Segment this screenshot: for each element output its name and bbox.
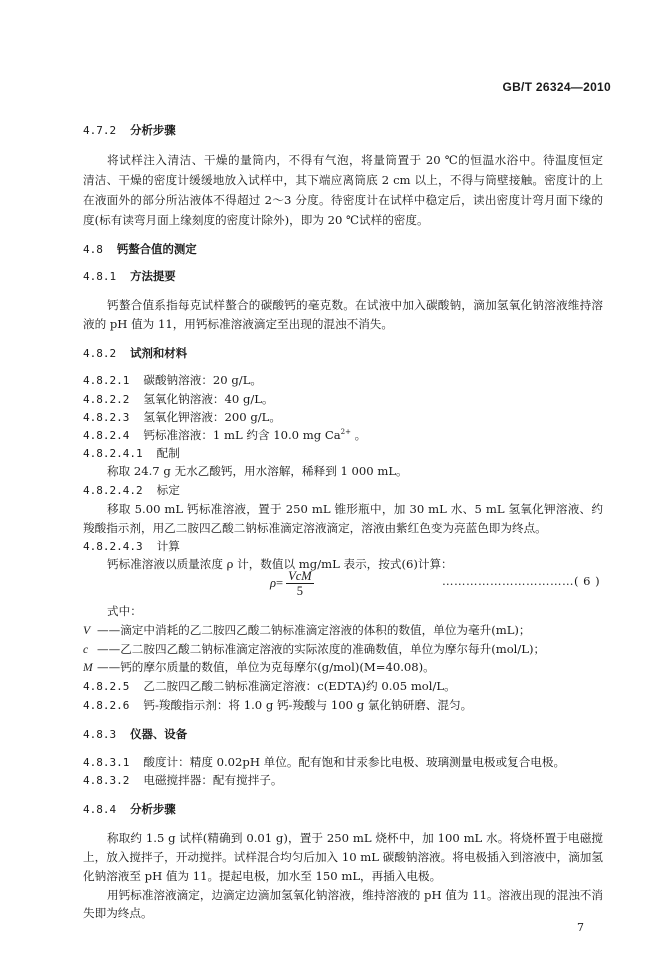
paragraph-line: 羧酸指示剂，用乙二胺四乙酸二钠标准滴定溶液滴定，溶液由紫红色变为亮蓝色即为终点。 xyxy=(83,520,603,536)
list-item: 4.8.2.5乙二胺四乙酸二钠标准滴定溶液：c(EDTA)约 0.05 mol/… xyxy=(83,678,603,695)
subheading-4-8-2-4-2: 4.8.2.4.2标定 xyxy=(83,482,603,499)
variable-definition: V——滴定中消耗的乙二胺四乙酸二钠标准滴定溶液的体积的数值，单位为毫升(mL)； xyxy=(83,622,603,639)
list-item: 4.8.2.6钙-羧酸指示剂：将 1.0 g 钙-羧酸与 100 g 氯化钠研磨… xyxy=(83,697,603,714)
paragraph-line: 钙标准溶液以质量浓度 ρ 计，数值以 mg/mL 表示，按式(6)计算： xyxy=(107,556,603,572)
variable-definition: M——钙的摩尔质量的数值，单位为克每摩尔(g/mol)(M=40.08)。 xyxy=(83,659,603,676)
subheading-4-8-2-4-1: 4.8.2.4.1配制 xyxy=(83,445,603,462)
list-item: 4.8.2.3氢氧化钾溶液：200 g/L。 xyxy=(83,409,603,426)
fraction: VcM 5 xyxy=(286,569,314,598)
paragraph-line: 移取 5.00 mL 钙标准溶液，置于 250 mL 锥形瓶中，加 30 mL … xyxy=(107,501,603,517)
paragraph-line: 在液面外的部分所沾液体不得超过 2～3 分度。待密度计在试样中稳定后，读出密度计… xyxy=(83,192,603,208)
paragraph-line: 用钙标准溶液滴定，边滴定边滴加氢氧化钠溶液，维持溶液的 pH 值为 11。溶液出… xyxy=(107,887,603,903)
standard-code-header: GB/T 26324—2010 xyxy=(502,80,611,94)
list-item: 4.8.2.4钙标准溶液：1 mL 约含 10.0 mg Ca2+ 。 xyxy=(83,427,603,444)
heading-4-8-3: 4.8.3仪器、设备 xyxy=(83,726,603,743)
document-page: GB/T 26324—2010 4.7.2分析步骤 将试样注入清洁、干燥的量筒内… xyxy=(0,0,669,977)
paragraph-line: 液的 pH 值为 11，用钙标准溶液滴定至出现的混浊不消失。 xyxy=(83,316,603,332)
paragraph-line: 将试样注入清洁、干燥的量筒内，不得有气泡，将量筒置于 20 ℃的恒温水浴中。待温… xyxy=(107,152,603,168)
heading-4-8: 4.8钙螯合值的测定 xyxy=(83,241,603,258)
list-item: 4.8.2.1碳酸钠溶液：20 g/L。 xyxy=(83,372,603,389)
paragraph-line: 化钠溶液至 pH 值为 11。提起电极，加水至 150 mL，再插入电极。 xyxy=(83,868,603,884)
paragraph-line: 失即为终点。 xyxy=(83,905,603,921)
heading-4-7-2: 4.7.2分析步骤 xyxy=(83,122,603,139)
heading-4-8-2: 4.8.2试剂和材料 xyxy=(83,345,603,362)
paragraph-line: 称取约 1.5 g 试样(精确到 0.01 g)，置于 250 mL 烧杯中，加… xyxy=(107,830,603,846)
heading-4-8-1: 4.8.1方法提要 xyxy=(83,268,603,285)
formula-6: ρ = VcM 5 xyxy=(270,569,314,598)
subheading-4-8-2-4-3: 4.8.2.4.3计算 xyxy=(83,538,603,555)
page-number: 7 xyxy=(577,921,584,934)
paragraph-line: 称取 24.7 g 无水乙酸钙，用水溶解，稀释到 1 000 mL。 xyxy=(107,463,603,479)
heading-4-8-4: 4.8.4分析步骤 xyxy=(83,801,603,818)
where-label: 式中： xyxy=(107,603,603,619)
equation-number: ……………………………( 6 ) xyxy=(442,574,600,588)
paragraph-line: 度(标有读弯月面上缘刻度的密度计除外)，即为 20 ℃试样的密度。 xyxy=(83,212,603,228)
list-item: 4.8.2.2氢氧化钠溶液：40 g/L。 xyxy=(83,391,603,408)
variable-definition: c——乙二胺四乙酸二钠标准滴定溶液的实际浓度的准确数值，单位为摩尔每升(mol/… xyxy=(83,641,603,658)
paragraph-line: 上，放入搅拌子，开动搅拌。试样混合均匀后加入 10 mL 碳酸钠溶液。将电极插入… xyxy=(83,849,603,865)
list-item: 4.8.3.2电磁搅拌器：配有搅拌子。 xyxy=(83,772,603,789)
list-item: 4.8.3.1酸度计：精度 0.02pH 单位。配有饱和甘汞参比电极、玻璃测量电… xyxy=(83,754,603,771)
paragraph-line: 钙螯合值系指每克试样螯合的碳酸钙的毫克数。在试液中加入碳酸钠，滴加氢氧化钠溶液维… xyxy=(107,297,603,313)
paragraph-line: 清洁、干燥的密度计缓缓地放入试样中，其下端应离筒底 2 cm 以上，不得与筒壁接… xyxy=(83,172,603,188)
